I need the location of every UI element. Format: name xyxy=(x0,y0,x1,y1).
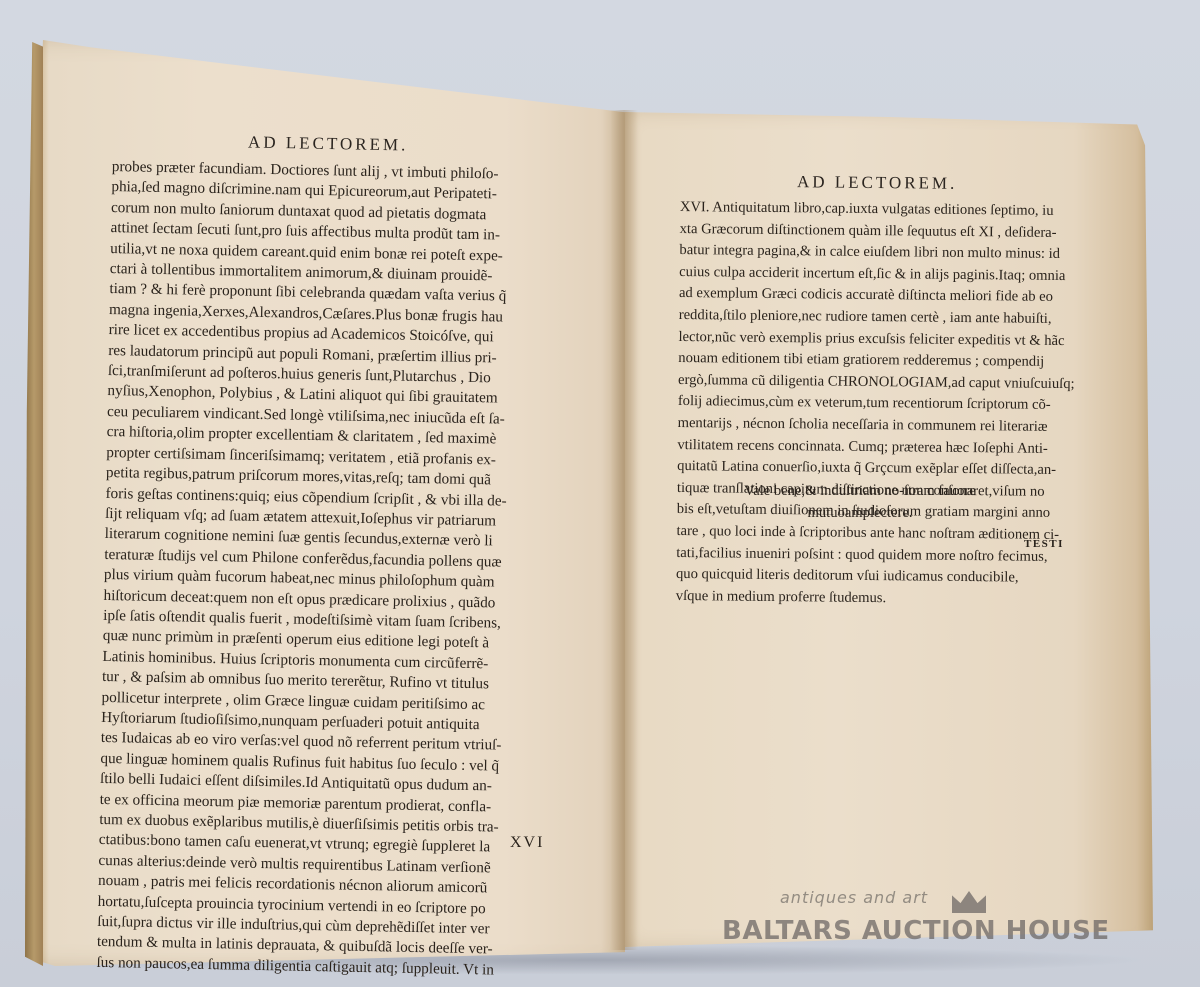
right-catchword: TESTI xyxy=(1024,538,1064,550)
left-catchword: XVI xyxy=(510,834,544,852)
text-line: amplectere. xyxy=(845,505,913,521)
book-spine-edge xyxy=(25,42,43,966)
text-line: vſque in medium proferre ſtudemus. xyxy=(676,586,1073,612)
left-page-text: probes præter facundiam. Doctiores ſunt … xyxy=(96,157,513,981)
right-page-text: XVI. Antiquitatum libro,cap.iuxta vulgat… xyxy=(676,197,1077,611)
left-running-head: AD LECTOREM. xyxy=(248,132,409,155)
closing-salutation: Vale bene,& induſtriam no-ſtram fauore m… xyxy=(720,480,1000,524)
right-running-head: AD LECTOREM. xyxy=(797,172,958,194)
book-gutter xyxy=(610,110,638,950)
text-line: Vale bene,& induſtriam no- xyxy=(744,483,904,499)
open-book: AD LECTOREM. probes præter facundiam. Do… xyxy=(0,0,1200,987)
